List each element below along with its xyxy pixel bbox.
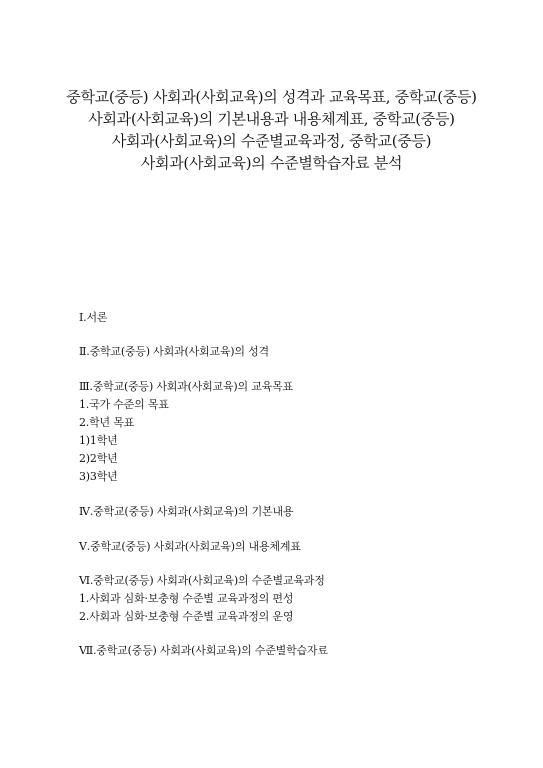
document-page: 중학교(중등) 사회과(사회교육)의 성격과 교육목표, 중학교(중등) 사회과… — [0, 0, 543, 768]
toc-text: 국가 수준의 목표 — [89, 398, 169, 411]
toc-number: 3) — [79, 470, 90, 484]
toc-section-5: Ⅴ. 중학교(중등) 사회과(사회교육)의 내용체계표 — [79, 540, 301, 554]
toc-section-4: Ⅳ. 중학교(중등) 사회과(사회교육)의 기본내용 — [79, 505, 293, 519]
toc-subsection-6-1: 1. 사회과 심화·보충형 수준별 교육과정의 편성 — [79, 592, 293, 606]
toc-number: Ⅳ. — [79, 505, 93, 519]
title-line-1: 중학교(중등) 사회과(사회교육)의 성격과 교육목표, 중학교(중등) — [40, 86, 503, 108]
toc-text: 사회과 심화·보충형 수준별 교육과정의 편성 — [89, 592, 293, 605]
toc-text: 중학교(중등) 사회과(사회교육)의 기본내용 — [93, 505, 293, 518]
toc-text: 사회과 심화·보충형 수준별 교육과정의 운영 — [89, 610, 293, 623]
toc-number: 2. — [79, 610, 89, 624]
title-line-3: 사회과(사회교육)의 수준별교육과정, 중학교(중등) — [40, 130, 503, 152]
toc-subsection-6-2: 2. 사회과 심화·보충형 수준별 교육과정의 운영 — [79, 610, 293, 624]
toc-item-grade-1: 1) 1학년 — [79, 434, 118, 448]
toc-item-grade-2: 2) 2학년 — [79, 452, 118, 466]
toc-text: 중학교(중등) 사회과(사회교육)의 내용체계표 — [90, 540, 301, 553]
toc-text: 2학년 — [90, 452, 118, 465]
toc-section-7: Ⅶ. 중학교(중등) 사회과(사회교육)의 수준별학습자료 — [79, 644, 328, 658]
toc-text: 학년 목표 — [89, 416, 134, 429]
toc-number: Ⅱ. — [79, 345, 90, 359]
toc-number: Ⅴ. — [79, 540, 90, 554]
toc-number: Ⅶ. — [79, 644, 96, 658]
toc-section-6: Ⅵ. 중학교(중등) 사회과(사회교육)의 수준별교육과정 — [79, 574, 325, 588]
toc-number: 1) — [79, 434, 90, 448]
toc-section-2: Ⅱ. 중학교(중등) 사회과(사회교육)의 성격 — [79, 345, 269, 359]
toc-text: 중학교(중등) 사회과(사회교육)의 수준별교육과정 — [93, 574, 324, 587]
toc-text: 서론 — [86, 311, 107, 324]
toc-section-1: Ⅰ. 서론 — [79, 311, 107, 325]
toc-text: 3학년 — [90, 470, 118, 483]
toc-number: 1. — [79, 592, 89, 606]
document-title: 중학교(중등) 사회과(사회교육)의 성격과 교육목표, 중학교(중등) 사회과… — [40, 86, 503, 174]
title-line-4: 사회과(사회교육)의 수준별학습자료 분석 — [40, 152, 503, 174]
toc-subsection-3-2: 2. 학년 목표 — [79, 416, 134, 430]
toc-text: 1학년 — [90, 434, 118, 447]
toc-section-3: Ⅲ. 중학교(중등) 사회과(사회교육)의 교육목표 — [79, 380, 293, 394]
toc-number: 2. — [79, 416, 89, 430]
toc-number: 1. — [79, 398, 89, 412]
toc-number: Ⅲ. — [79, 380, 93, 394]
toc-item-grade-3: 3) 3학년 — [79, 470, 118, 484]
toc-subsection-3-1: 1. 국가 수준의 목표 — [79, 398, 169, 412]
toc-number: 2) — [79, 452, 90, 466]
toc-text: 중학교(중등) 사회과(사회교육)의 수준별학습자료 — [96, 644, 327, 657]
toc-text: 중학교(중등) 사회과(사회교육)의 교육목표 — [93, 380, 293, 393]
toc-number: Ⅵ. — [79, 574, 93, 588]
title-line-2: 사회과(사회교육)의 기본내용과 내용체계표, 중학교(중등) — [40, 108, 503, 130]
toc-text: 중학교(중등) 사회과(사회교육)의 성격 — [90, 345, 269, 358]
